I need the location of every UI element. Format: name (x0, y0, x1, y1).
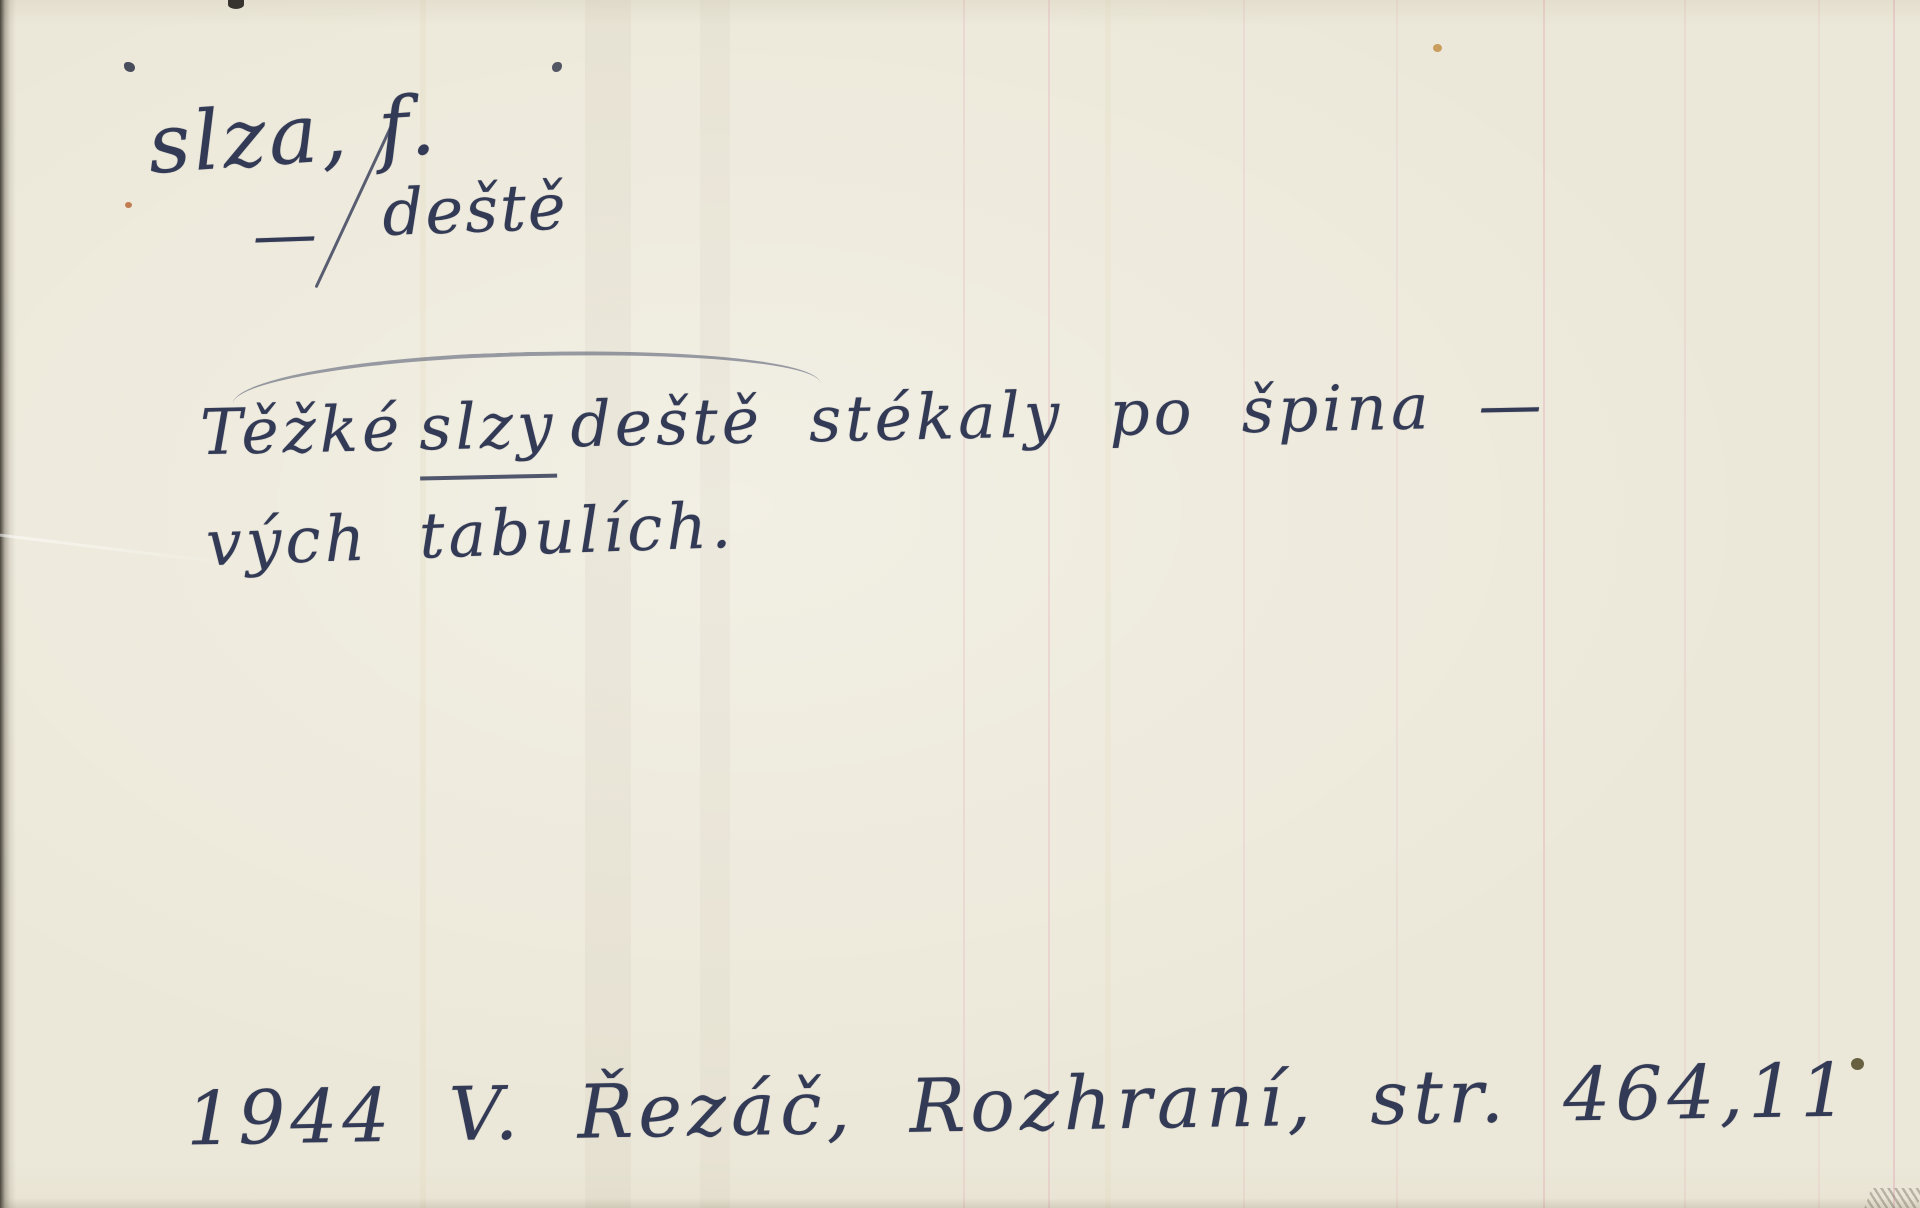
ink-speck (124, 62, 135, 72)
subentry-line: — deště (251, 171, 569, 256)
citation-line: 1944 V. Řezáč, Rozhraní, str. 464,11 (185, 1047, 1852, 1162)
quotation-line-2: vých tabulích. (205, 489, 736, 580)
subentry-repeat-dash: — (251, 197, 318, 273)
bottom-edge-shadow (0, 1198, 1920, 1208)
excerpt-card: slza, f. — deště Těžkéslzydeště stékaly … (0, 0, 1920, 1208)
quote-word-underlined: slzy (418, 389, 557, 481)
edge-mark (228, 0, 244, 9)
paper-speck (125, 202, 132, 208)
quote-word-start: Těžké (199, 392, 404, 469)
ink-speck (552, 62, 562, 72)
paper-speck (1851, 1058, 1864, 1070)
subentry-text: deště (381, 171, 569, 251)
scan-edge-shadow (0, 0, 16, 1208)
paper-speck (1433, 44, 1442, 52)
